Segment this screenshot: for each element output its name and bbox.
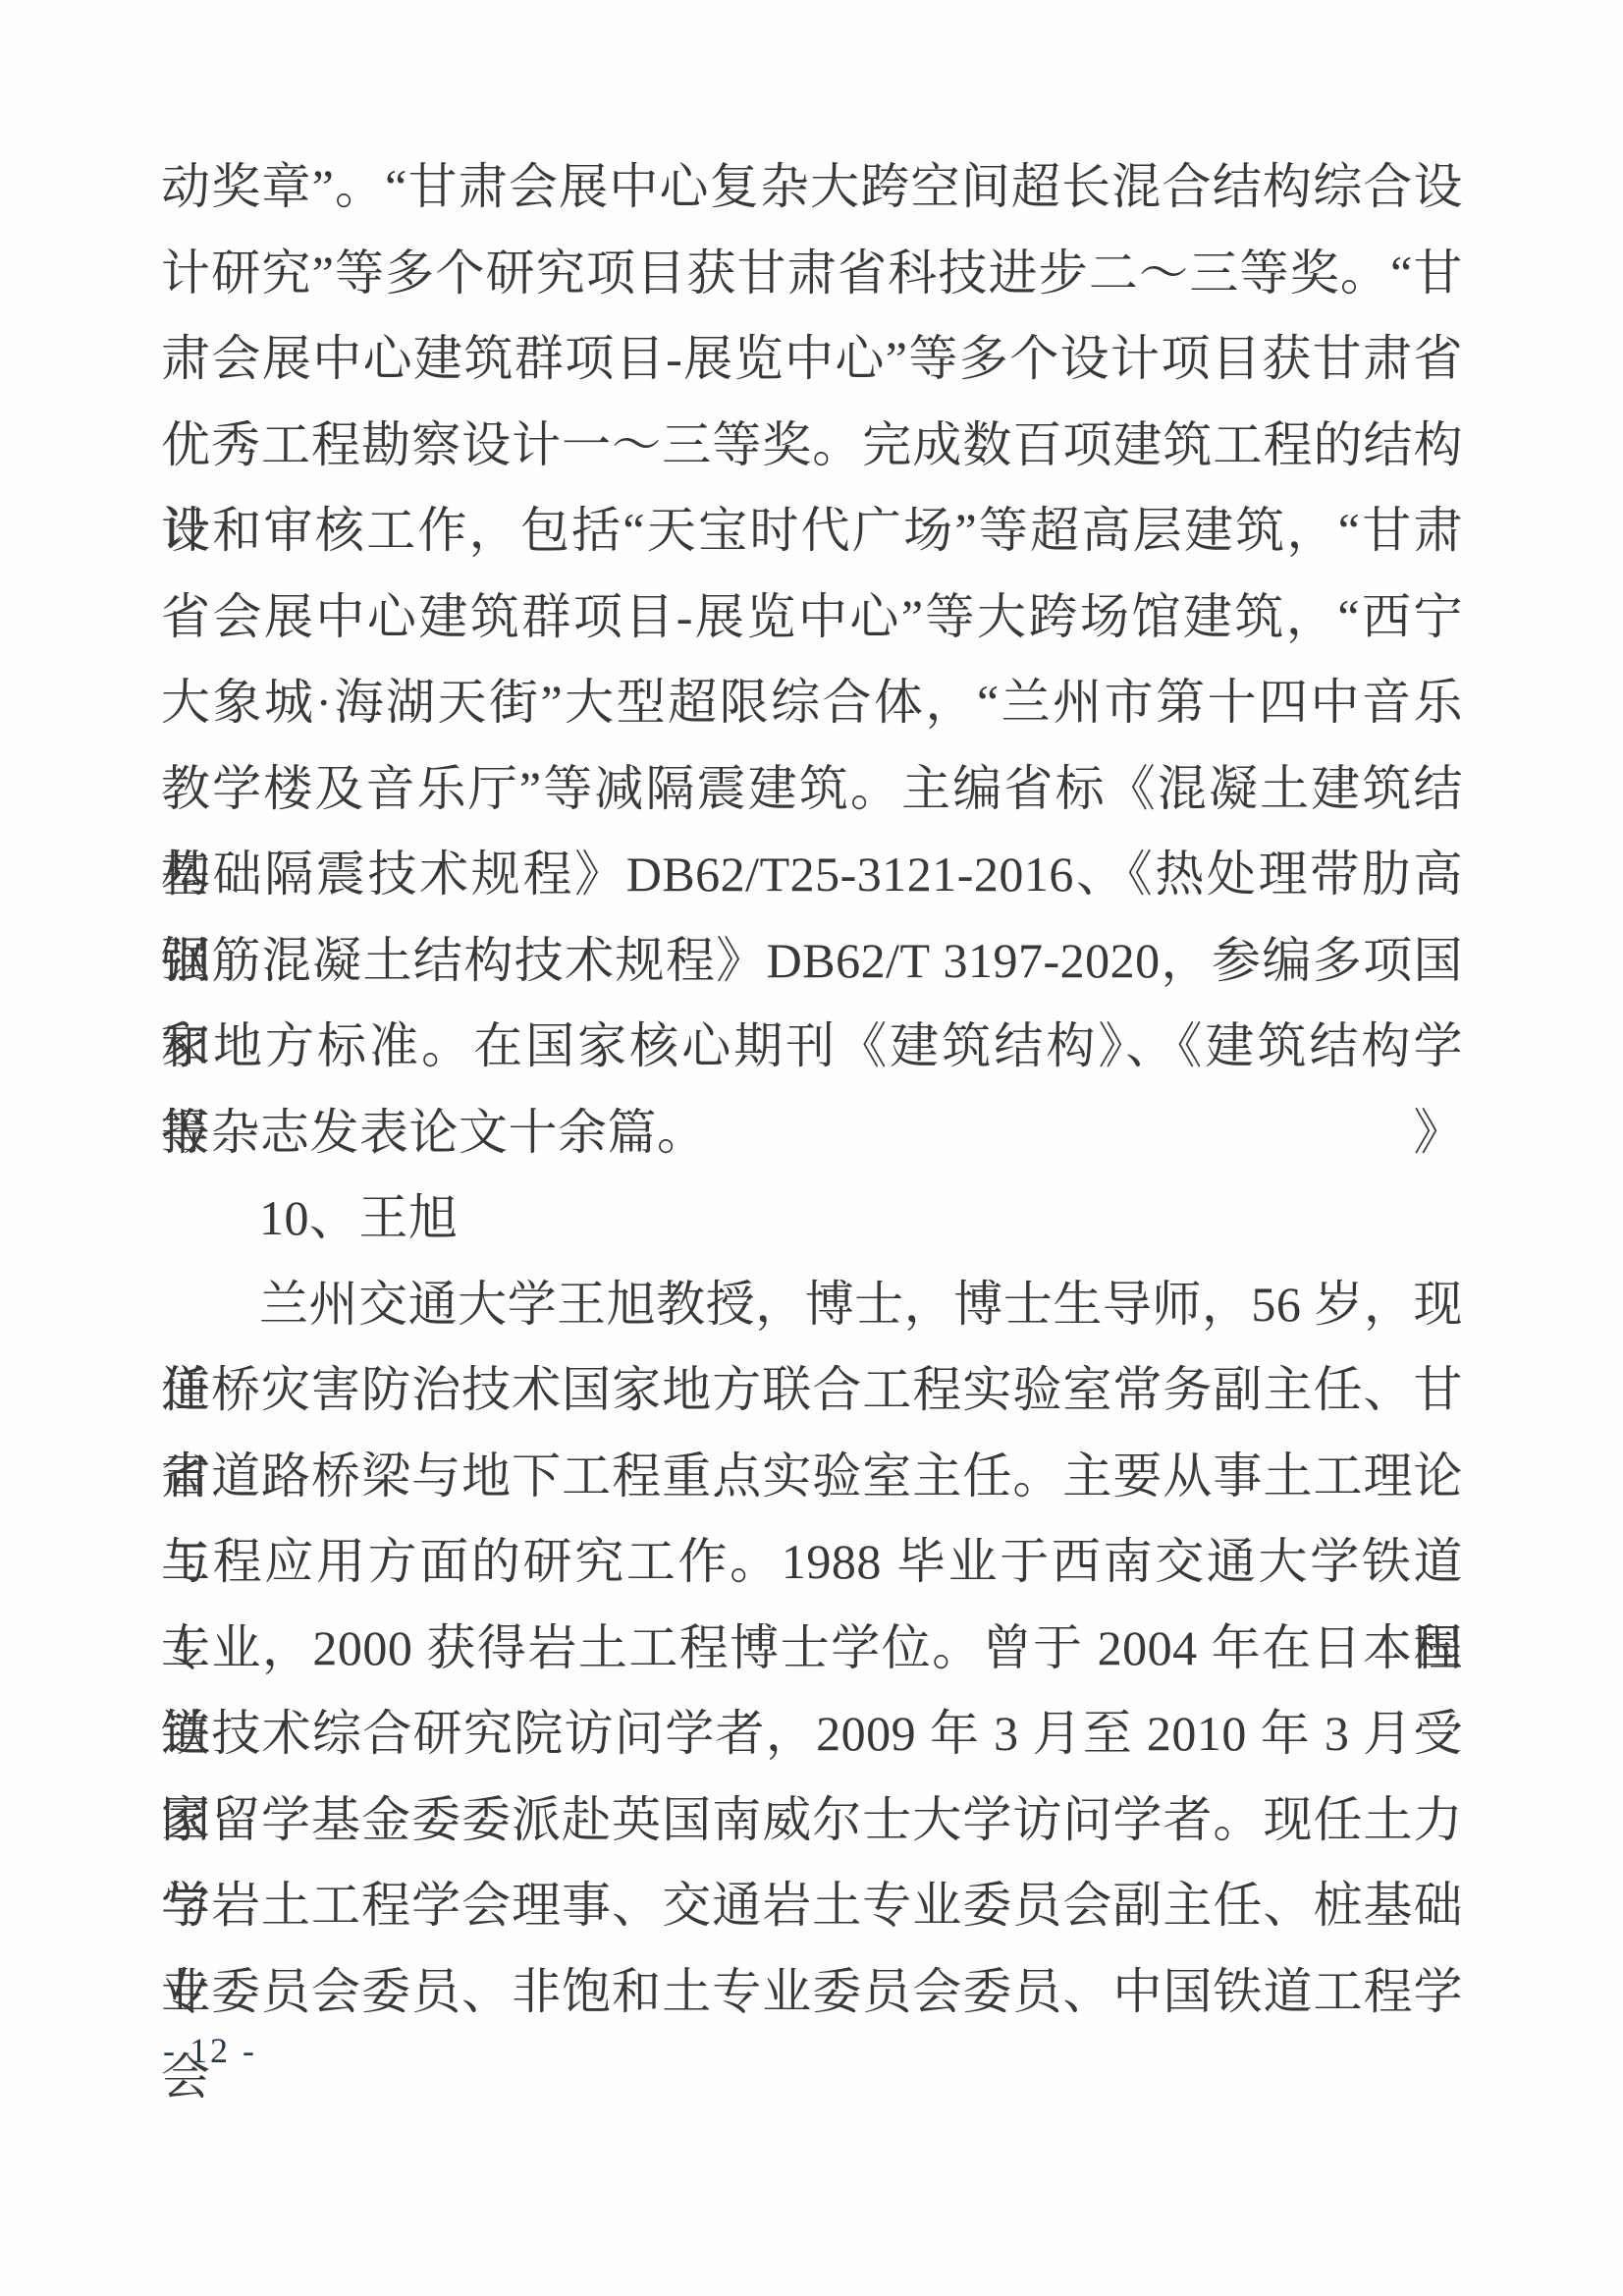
text-line: 钢筋混凝土结构技术规程》DB62/T 3197-2020，参编多项国家 (161, 918, 1463, 1005)
text-line: 省会展中心建筑群项目-展览中心”等大跨场馆建筑，“西宁 (161, 574, 1463, 661)
text-line: 肃会展中心建筑群项目-展览中心”等多个设计项目获甘肃省 (161, 316, 1463, 403)
text-line: 优秀工程勘察设计一～三等奖。完成数百项建筑工程的结构设 (161, 403, 1463, 489)
text-line: 和地方标准。在国家核心期刊《建筑结构》、《建筑结构学报》 (161, 1004, 1463, 1090)
text-line: 道桥灾害防治技术国家地方联合工程实验室常务副主任、甘肃 (161, 1347, 1463, 1434)
page-number: - 12 - (163, 2027, 257, 2074)
text-line: 道技术综合研究院访问学者，2009 年 3 月至 2010 年 3 月受国 (161, 1691, 1463, 1777)
text-line: 专业，2000 获得岩土工程博士学位。曾于 2004 年在日本国铁 (161, 1606, 1463, 1692)
text-line: 动奖章”。“甘肃会展中心复杂大跨空间超长混合结构综合设 (161, 144, 1463, 231)
text-line: 省道路桥梁与地下工程重点实验室主任。主要从事土工理论与 (161, 1434, 1463, 1520)
section-heading: 10、王旭 (161, 1175, 1463, 1262)
text-line: 计和审核工作，包括“天宝时代广场”等超高层建筑，“甘肃 (161, 488, 1463, 574)
text-line: 工程应用方面的研究工作。1988 毕业于西南交通大学铁道工程 (161, 1519, 1463, 1606)
text-line: 家留学基金委委派赴英国南威尔士大学访问学者。现任土力学 (161, 1777, 1463, 1864)
text-line: 基础隔震技术规程》DB62/T25-3121-2016、《热处理带肋高强 (161, 832, 1463, 918)
text-block: 动奖章”。“甘肃会展中心复杂大跨空间超长混合结构综合设 计研究”等多个研究项目获… (161, 144, 1463, 2035)
text-line: 计研究”等多个研究项目获甘肃省科技进步二～三等奖。“甘 (161, 231, 1463, 317)
text-line: 兰州交通大学王旭教授，博士，博士生导师，56 岁，现任 (161, 1262, 1463, 1348)
text-line: 教学楼及音乐厅”等减隔震建筑。主编省标《混凝土建筑结构 (161, 746, 1463, 833)
text-line: 业委员会委员、非饱和土专业委员会委员、中国铁道工程学会 (161, 1949, 1463, 2036)
text-line: 与岩土工程学会理事、交通岩土专业委员会副主任、桩基础专 (161, 1863, 1463, 1949)
text-line: 大象城·海湖天街”大型超限综合体，“兰州市第十四中音乐 (161, 660, 1463, 746)
document-page: 动奖章”。“甘肃会展中心复杂大跨空间超长混合结构综合设 计研究”等多个研究项目获… (0, 0, 1623, 2296)
